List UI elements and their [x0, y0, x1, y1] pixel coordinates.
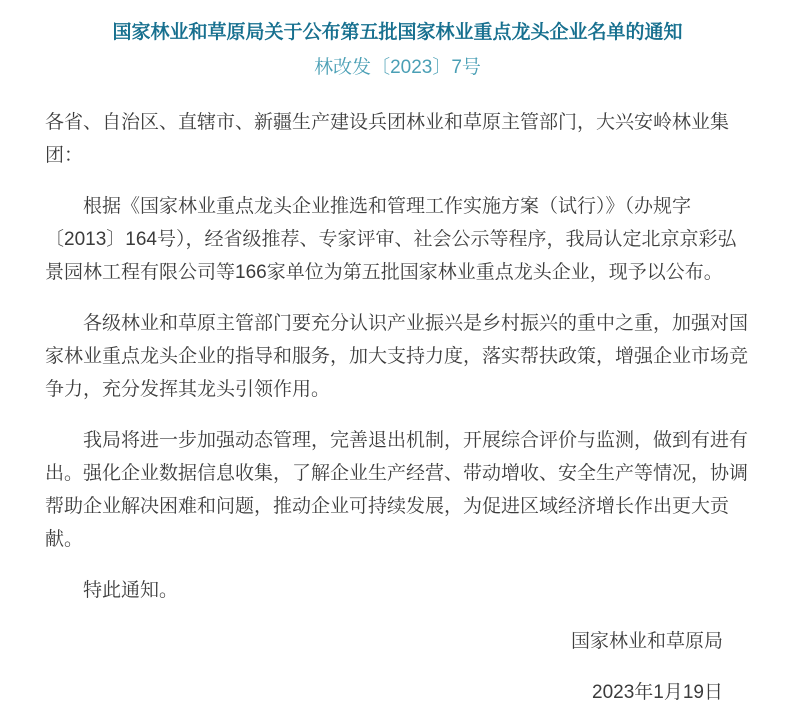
closing-line: 特此通知。 [45, 574, 765, 607]
guidance-paragraph: 各级林业和草原主管部门要充分认识产业振兴是乡村振兴的重中之重，加强对国 家林业重… [45, 307, 765, 406]
salutation-paragraph: 各省、自治区、直辖市、新疆生产建设兵团林业和草原主管部门，大兴安岭林业集 团： [45, 106, 765, 172]
document-number: 林改发〔2023〕7号 [0, 55, 795, 81]
recognition-paragraph: 根据《国家林业重点龙头企业推选和管理工作实施方案（试行）》（办规字 〔2013〕… [45, 190, 765, 289]
document-title: 国家林业和草原局关于公布第五批国家林业重点龙头企业名单的通知 [0, 20, 795, 46]
issuer-signature: 国家林业和草原局 [45, 625, 723, 658]
issue-date: 2023年1月19日 [45, 676, 723, 709]
dynamic-management-paragraph: 我局将进一步加强动态管理，完善退出机制，开展综合评价与监测，做到有进有 出。强化… [45, 424, 765, 556]
notice-document: 国家林业和草原局关于公布第五批国家林业重点龙头企业名单的通知 林改发〔2023〕… [0, 0, 795, 709]
